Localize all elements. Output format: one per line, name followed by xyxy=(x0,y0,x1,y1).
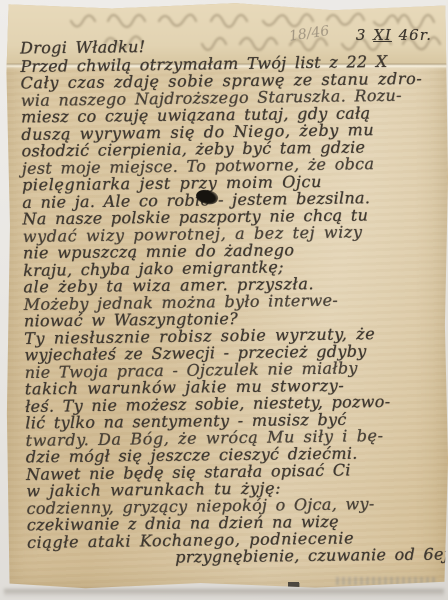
faint-archive-stamp xyxy=(336,577,438,585)
paper-sheet: 18/46 3 XI 46r. Drogi Władku! Przed chwi… xyxy=(6,2,448,590)
paper-shadow xyxy=(4,589,444,597)
letter-body: Drogi Władku! Przed chwilą otrzymałam Tw… xyxy=(20,34,448,568)
letter-photo: 18/46 3 XI 46r. Drogi Władku! Przed chwi… xyxy=(0,0,448,600)
closing-line: przygnębienie, czuwanie od 6ej xyxy=(175,545,448,565)
